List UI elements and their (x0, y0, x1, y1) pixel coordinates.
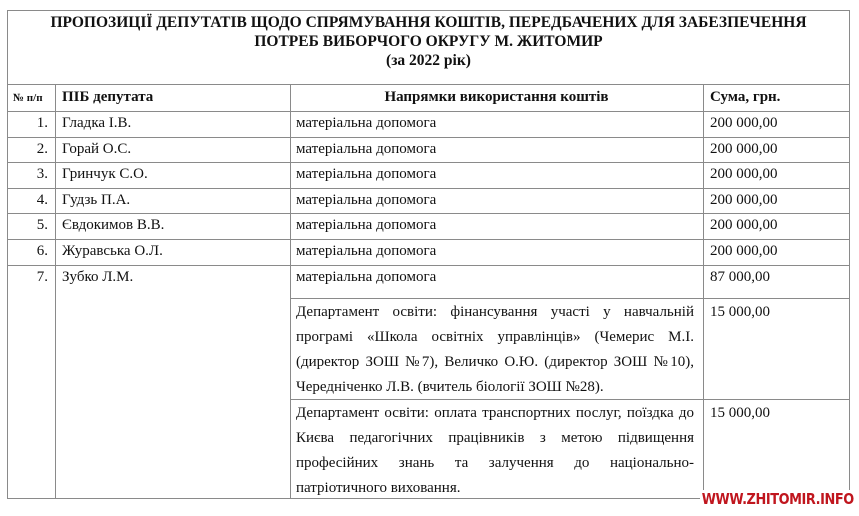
header-purpose: Напрямки використання коштів (290, 85, 703, 110)
watermark: WWW.ZHITOMIR.INFO (700, 490, 855, 508)
row-purpose: матеріальна допомога (296, 265, 436, 290)
row-num: 6. (6, 239, 48, 264)
row-purpose: матеріальна допомога (296, 188, 436, 213)
row-name: Гринчук С.О. (62, 162, 148, 187)
row-num: 3. (6, 162, 48, 187)
row-amount: 200 000,00 (710, 137, 778, 162)
col-divider (290, 84, 291, 499)
document-title: ПРОПОЗИЦІЇ ДЕПУТАТІВ ЩОДО СПРЯМУВАННЯ КО… (7, 10, 850, 70)
row-name: Гладка І.В. (62, 111, 131, 136)
row-purpose: Департамент освіти: оплата транспортних … (296, 401, 694, 501)
header-num: № п/п (13, 86, 43, 111)
header-amount: Сума, грн. (710, 85, 780, 110)
header-name: ПІБ депутата (62, 85, 153, 110)
row-amount: 200 000,00 (710, 239, 778, 264)
row-purpose: матеріальна допомога (296, 111, 436, 136)
row-name: Зубко Л.М. (62, 265, 133, 290)
title-line-3: (за 2022 рік) (7, 51, 850, 70)
row-amount: 200 000,00 (710, 188, 778, 213)
row-name: Журавська О.Л. (62, 239, 163, 264)
title-line-1: ПРОПОЗИЦІЇ ДЕПУТАТІВ ЩОДО СПРЯМУВАННЯ КО… (7, 13, 850, 32)
row-purpose: матеріальна допомога (296, 162, 436, 187)
row-num: 1. (6, 111, 48, 136)
title-line-2: ПОТРЕБ ВИБОРЧОГО ОКРУГУ М. ЖИТОМИР (7, 32, 850, 51)
row-purpose: Департамент освіти: фінансування участі … (296, 300, 694, 400)
row-num: 5. (6, 213, 48, 238)
row-amount: 200 000,00 (710, 213, 778, 238)
row-num: 7. (6, 265, 48, 290)
row-amount: 15 000,00 (710, 401, 770, 426)
col-divider (55, 84, 56, 499)
col-divider (703, 84, 704, 499)
row-amount: 87 000,00 (710, 265, 770, 290)
row-amount: 15 000,00 (710, 300, 770, 325)
row-num: 4. (6, 188, 48, 213)
subrow-divider (290, 298, 850, 299)
row-num: 2. (6, 137, 48, 162)
row-name: Горай О.С. (62, 137, 131, 162)
row-purpose: матеріальна допомога (296, 137, 436, 162)
row-purpose: матеріальна допомога (296, 213, 436, 238)
row-amount: 200 000,00 (710, 111, 778, 136)
row-amount: 200 000,00 (710, 162, 778, 187)
row-name: Гудзь П.А. (62, 188, 130, 213)
row-name: Євдокимов В.В. (62, 213, 164, 238)
row-purpose: матеріальна допомога (296, 239, 436, 264)
